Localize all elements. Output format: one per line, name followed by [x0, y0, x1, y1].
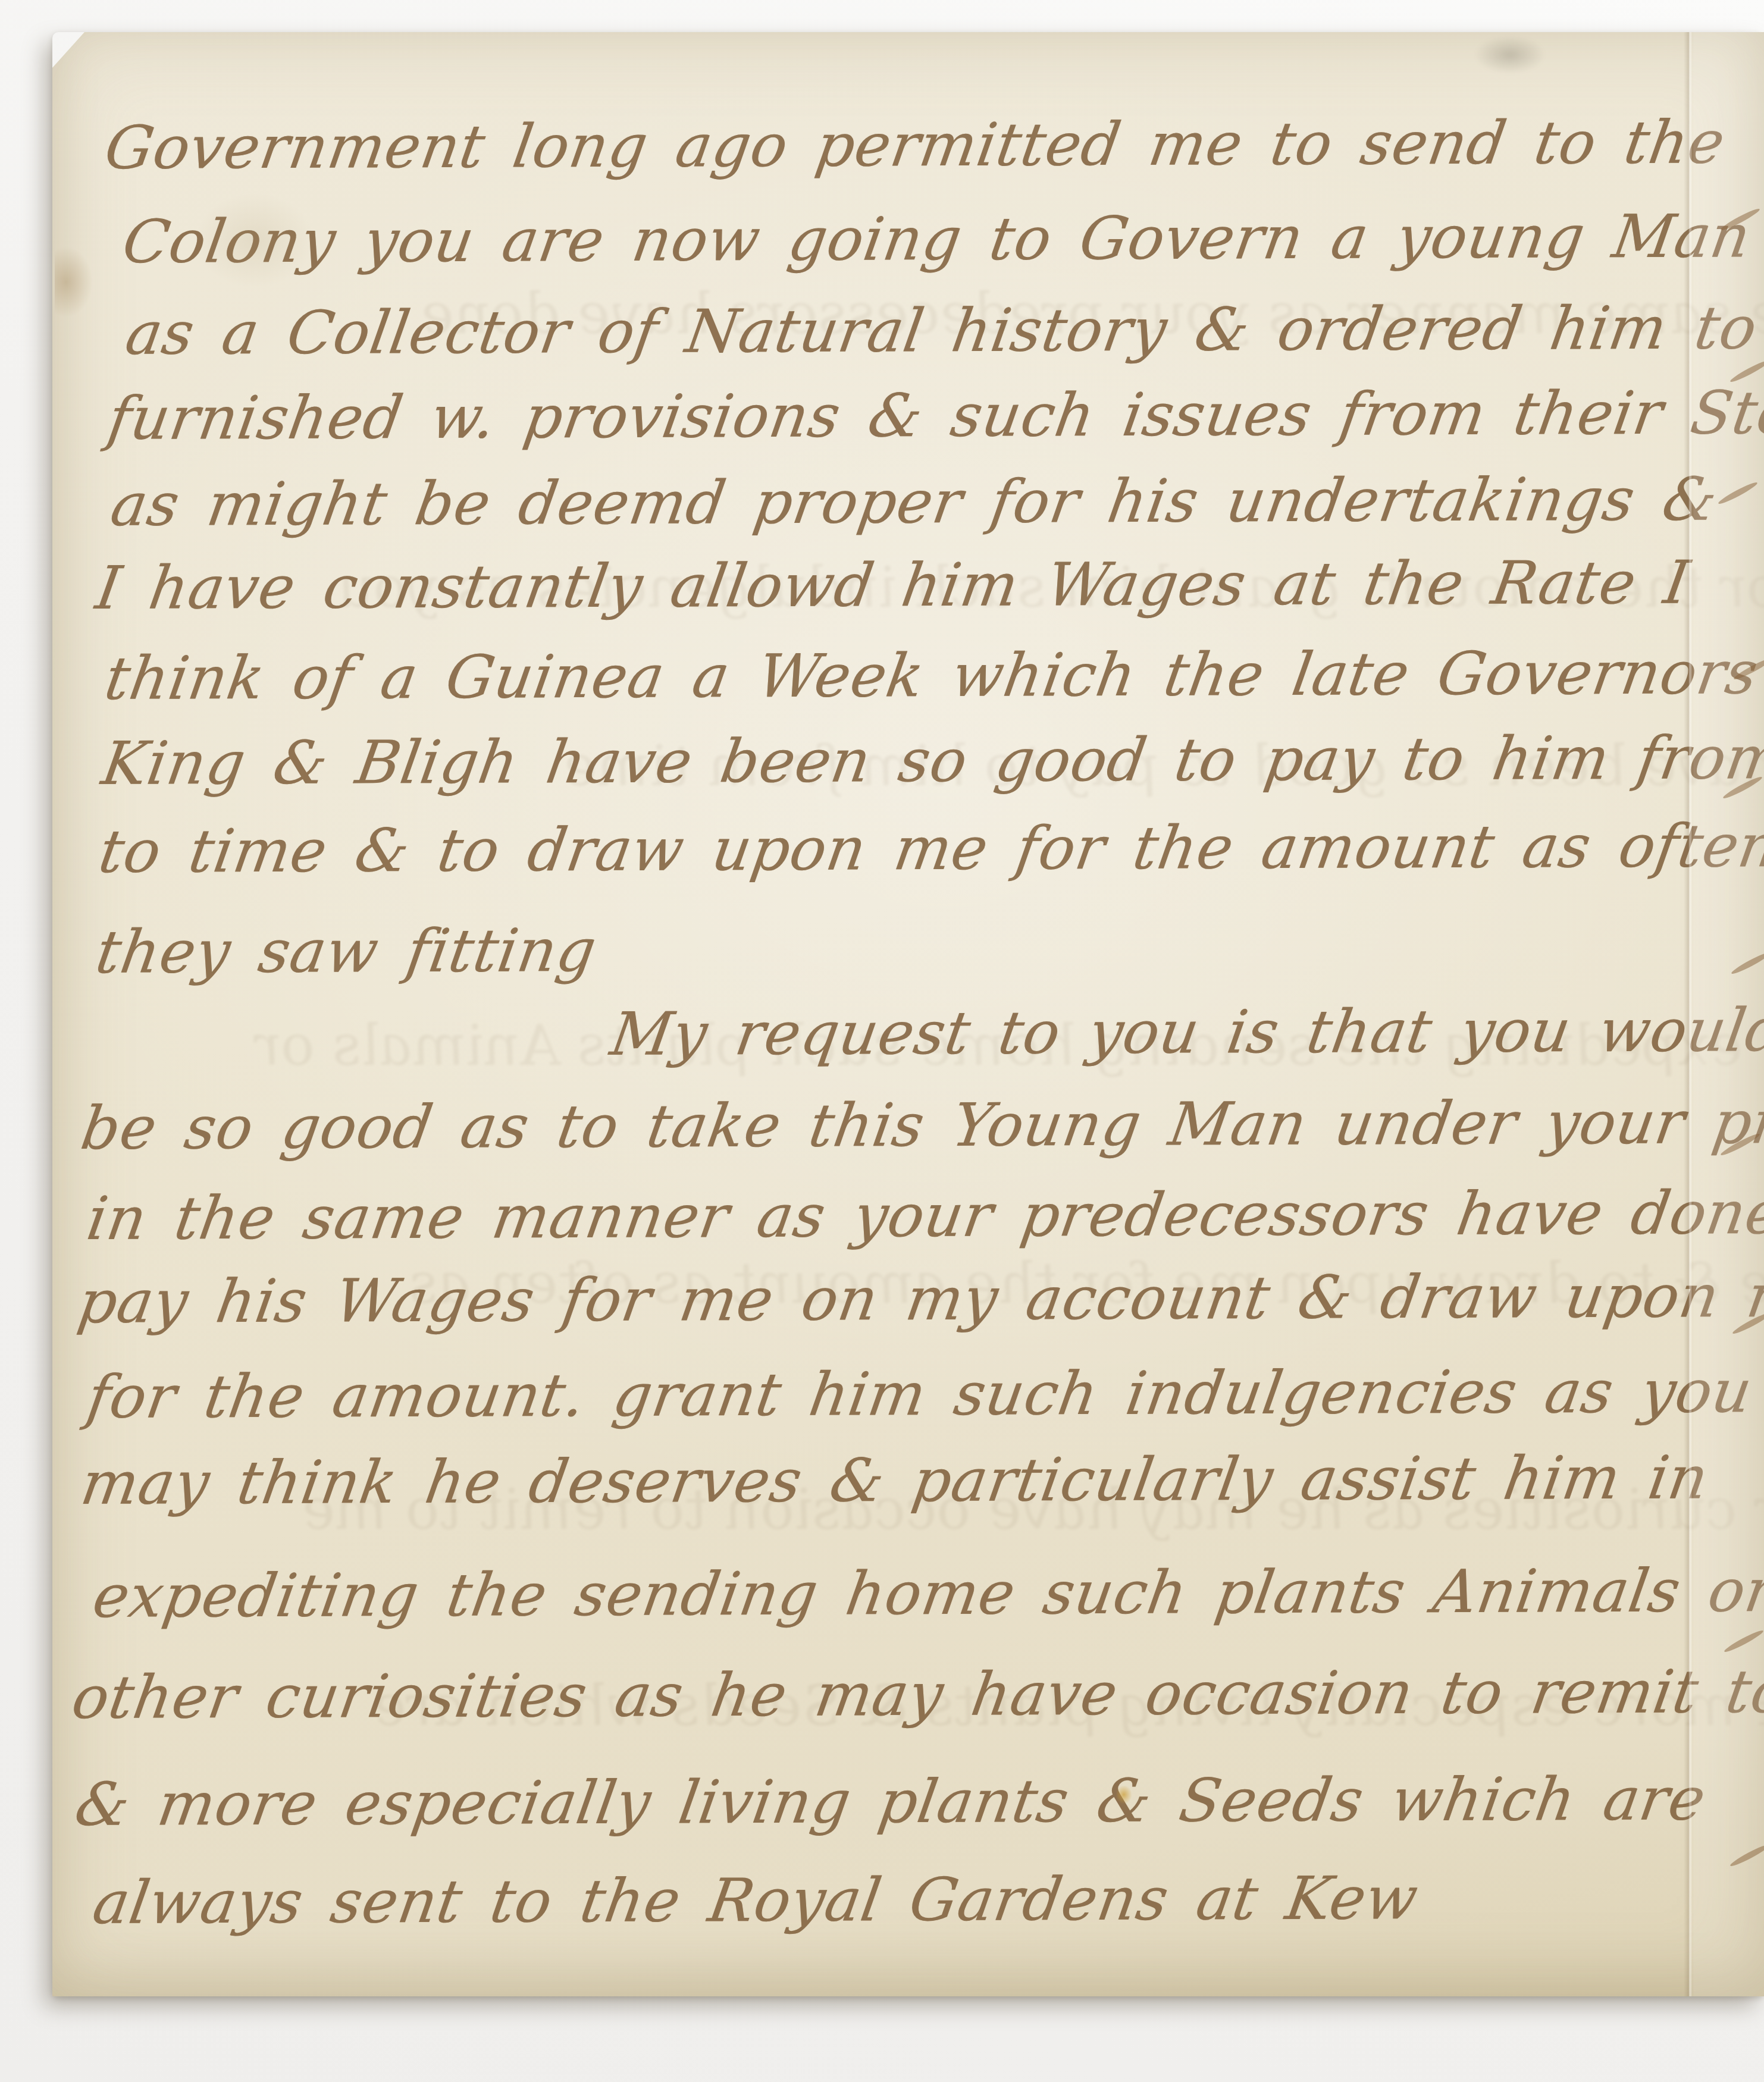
letter-line: I have constantly allowd him Wages at th… — [92, 553, 1694, 618]
letter-line: pay his Wages for me on my account & dra… — [74, 1266, 1764, 1332]
letter-line: & more especially living plants & Seeds … — [71, 1769, 1710, 1835]
fold-crease — [1684, 32, 1693, 1996]
letter-page: in the same manner as your predecessors … — [52, 32, 1764, 1996]
letter-line: King & Bligh have been so good to pay to… — [98, 728, 1764, 794]
letter-line: furnished w. provisions & such issues fr… — [104, 383, 1764, 449]
photo-backdrop: { "letter": { "lines": [ "Government lon… — [0, 0, 1764, 2082]
page-fold-right-panel — [1693, 32, 1764, 1996]
letter-line: in the same manner as your predecessors … — [83, 1183, 1764, 1249]
letter-line: My request to you is that you would — [607, 1001, 1764, 1064]
letter-line: they saw fitting — [92, 921, 600, 982]
letter-line: Government long ago permitted me to send… — [101, 113, 1729, 178]
letter-line: be so good as to take this Young Man und… — [77, 1092, 1764, 1158]
letter-line: always sent to the Royal Gardens at Kew — [89, 1868, 1423, 1933]
letter-line: to time & to draw upon me for the amount… — [95, 816, 1764, 882]
letter-line: as might be deemd proper for his underta… — [107, 470, 1722, 535]
letter-line: as a Collector of Natural history & orde… — [122, 298, 1764, 363]
letter-line: expediting the sending home such plants … — [89, 1561, 1764, 1626]
letter-line: think of a Guinea a Week which the late … — [101, 643, 1762, 708]
letter-body: Government long ago permitted me to send… — [52, 32, 1764, 1996]
letter-line: other curiosities as he may have occasio… — [68, 1661, 1764, 1727]
letter-line: Colony you are now going to Govern a you… — [119, 206, 1754, 272]
letter-line: may think he deserves & particularly ass… — [77, 1448, 1712, 1513]
letter-line: for the amount. grant him such indulgenc… — [83, 1362, 1756, 1427]
